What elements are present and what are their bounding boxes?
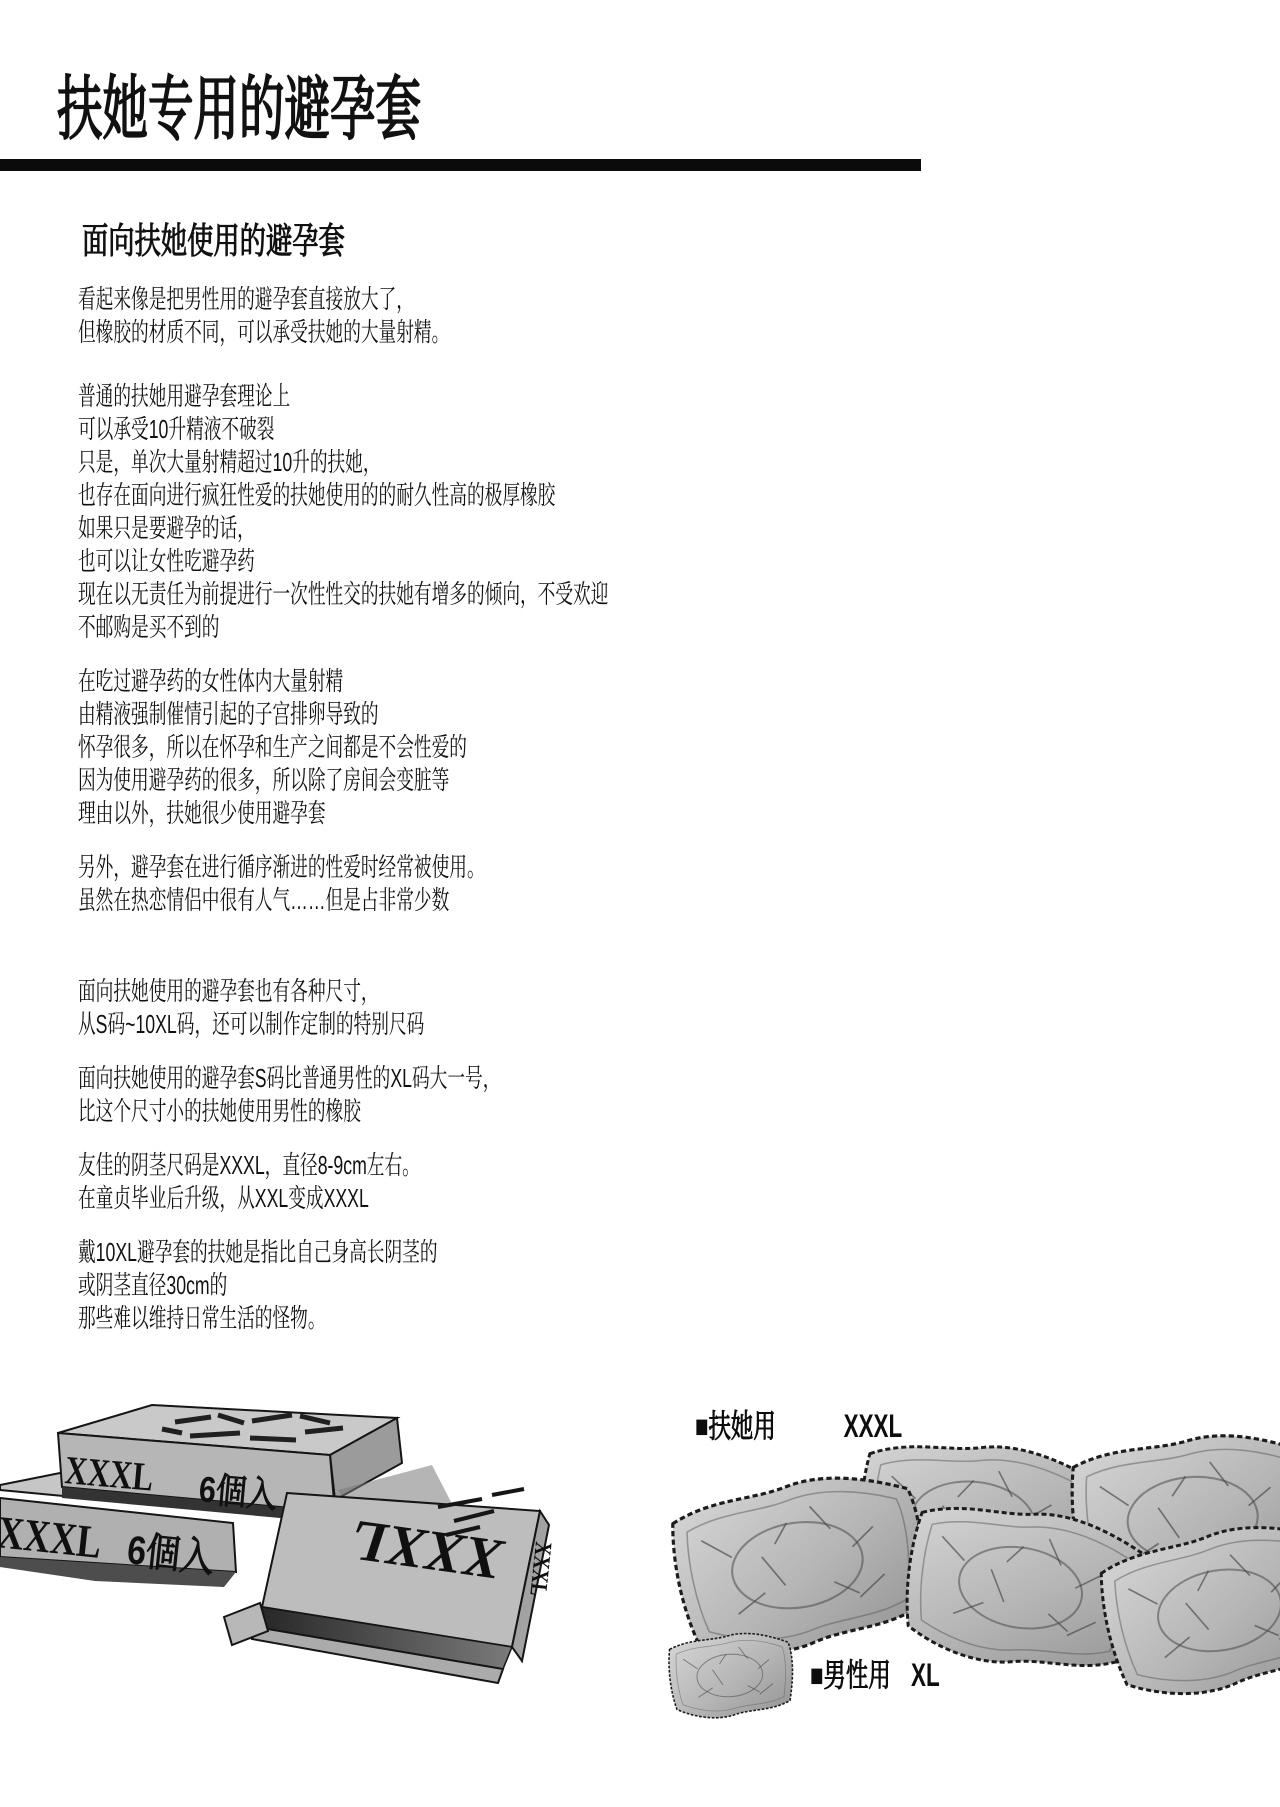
male-label-text: 男性用 <box>824 1657 891 1693</box>
futa-size-label: ■扶她用XXXL <box>695 1410 902 1442</box>
paragraph: 普通的扶她用避孕套理论上 可以承受10升精液不破裂 只是，单次大量射精超过10升… <box>78 380 894 644</box>
condom-packet-small <box>667 1630 796 1721</box>
paragraph: 看起来像是把男性用的避孕套直接放大了， 但橡胶的材质不同，可以承受扶她的大量射精… <box>78 283 894 349</box>
male-size-label: ■男性用XL <box>810 1659 940 1691</box>
paragraph: 在吃过避孕药的女性体内大量射精 由精液强制催情引起的子宫排卵导致的 怀孕很多，所… <box>78 665 894 830</box>
page-title: 扶她专用的避孕套 <box>57 74 421 144</box>
box-size-print: XXXL <box>63 1447 155 1499</box>
box-count-print: 6個入 <box>197 1470 279 1517</box>
futa-label-text: 扶她用 <box>709 1408 776 1444</box>
male-size-value: XL <box>911 1657 940 1693</box>
section-heading: 面向扶她使用的避孕套 <box>82 221 345 261</box>
condom-packet <box>666 1464 935 1665</box>
black-square-bullet: ■ <box>695 1408 709 1444</box>
paragraph: 面向扶她使用的避孕套也有各种尺寸， 从S码~10XL码，还可以制作定制的特别尺码 <box>78 975 894 1041</box>
box-size-print-edge: XXXL <box>525 1540 557 1597</box>
black-square-bullet: ■ <box>810 1657 824 1693</box>
title-underline-bar <box>0 159 921 171</box>
futa-size-value: XXXL <box>844 1408 903 1444</box>
paragraph: 另外，避孕套在进行循序渐进的性爱时经常被使用。 虽然在热恋情侣中很有人气……但是… <box>78 851 894 917</box>
body-text: 看起来像是把男性用的避孕套直接放大了， 但橡胶的材质不同，可以承受扶她的大量射精… <box>78 283 894 1356</box>
paragraph: 面向扶她使用的避孕套S码比普通男性的XL码大一号， 比这个尺寸小的扶她使用男性的… <box>78 1062 894 1128</box>
condom-illustration: XXXL 6個入 XXXL 6個入 XXXL XXXL <box>0 1235 1280 1807</box>
scanned-document-page: 扶她专用的避孕套 面向扶她使用的避孕套 看起来像是把男性用的避孕套直接放大了， … <box>0 0 1280 1807</box>
box-count-print: 6個入 <box>125 1527 216 1581</box>
paragraph: 友佳的阴茎尺码是XXXL，直径8-9cm左右。 在童贞毕业后升级，从XXL变成X… <box>78 1149 894 1215</box>
box-size-print: XXXL <box>0 1507 104 1568</box>
